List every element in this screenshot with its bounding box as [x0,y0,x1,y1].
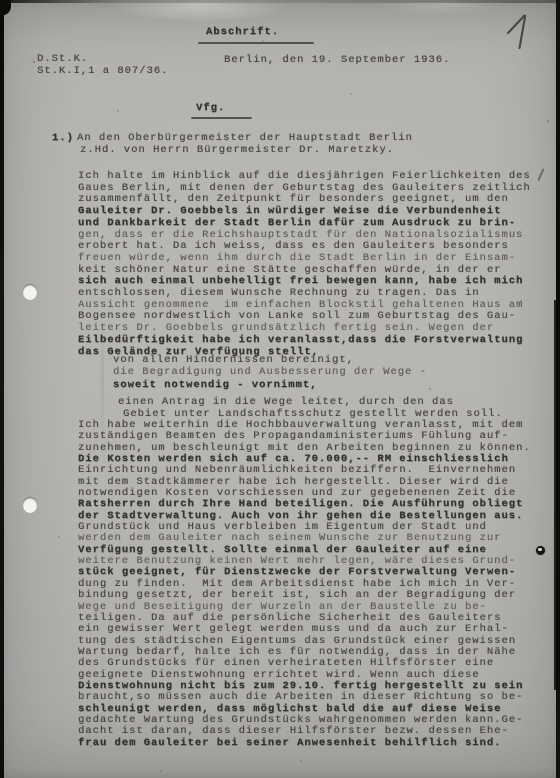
title-underline [198,42,314,44]
text-line: dacht ist daran, dass dieser Hilfsförste… [78,726,531,737]
text-line: z.Hd. von Herrn Bürgermeister Dr. Maretz… [77,145,413,157]
item-number: 1.) [52,133,74,145]
text-line: und Dankbarkeit der Stadt Berlin dafür z… [78,218,531,230]
text-line: soweit notwendig - vornimmt, [78,379,503,391]
scan-corner-blot [0,0,11,15]
text-line: braucht,so müssen auch die Arbeiten in d… [78,692,531,703]
directive-heading: Vfg. [196,103,225,115]
directive-underline [191,117,252,119]
punch-hole-bottom [23,498,37,513]
text-line: von allen Hindernissen bereinigt, [78,354,503,366]
paragraph-1: Ich halte im Hinblick auf die diesjährig… [78,171,531,358]
task-list: von allen Hindernissen bereinigt,die Beg… [78,354,503,420]
text-line: frau dem Gauleiter bei seiner Anwesenhei… [78,738,531,749]
typed-insertion-mark: ˇ [428,391,432,395]
file-reference: D.St.K.St.K.I,1 a 807/36. [37,54,168,77]
recipient-block: An den Oberbürgermeister der Hauptstadt … [77,133,413,156]
text-line: bindung gesetzt, der bereit ist, sich an… [78,590,531,601]
text-line: freuen würde, wenn ihm durch die Stadt B… [78,253,531,265]
stray-mark [537,168,544,180]
text-line: St.K.I,1 a 807/36. [37,66,168,78]
text-line: Ich halte im Hinblick auf die diesjährig… [78,171,531,183]
paragraph-2: Ich habe weiterhin die Hochbbauverwaltun… [78,420,531,749]
text-line: die Begradigung und Ausbesserung der Weg… [78,366,503,378]
handwritten-page-number [499,9,541,57]
paper-specks [33,61,35,63]
dateline: Berlin, den 19. September 1936. [224,55,450,67]
scan-edge-left [0,0,4,778]
text-line: D.St.K. [37,54,168,66]
document-scan-page: 1 Abschrift. D.St.K.St.K.I,1 a 807/36. B… [0,0,560,778]
text-line: des Grundstücks für einen verheirateten … [78,658,531,669]
text-line: zuständigen Beamten des Propagandaminist… [78,431,531,442]
scan-edge-top [0,0,560,3]
text-line: entschlossen, diesem Wunsche Rechnung zu… [78,288,531,300]
scan-edge-right-dark [554,300,560,690]
document-title: Abschrift. [206,27,279,39]
text-line: Eilbedürftigkeit habe ich veranlasst,das… [78,335,531,347]
text-line: ein gewisser Wert gelegt werden muss und… [78,624,531,635]
ink-dot [536,546,545,555]
text-line: An den Oberbürgermeister der Hauptstadt … [77,133,413,145]
text-line: einen Antrag in die Wege leitet, durch d… [78,396,503,408]
punch-hole-top [23,285,37,300]
